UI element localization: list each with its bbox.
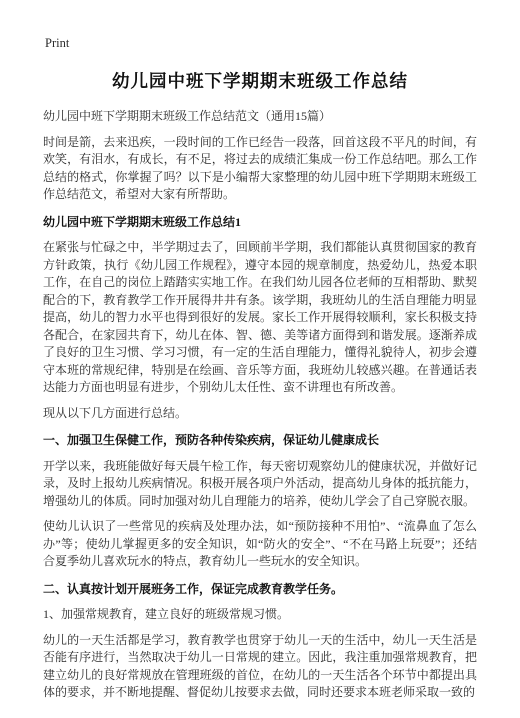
section-heading: 幼儿园中班下学期期末班级工作总结1 [43, 214, 477, 232]
paragraph: 幼儿的一天生活都是学习，教育教学也贯穿于幼儿一天的生活中，幼儿一天生活是否能有序… [43, 632, 477, 702]
paragraph: 使幼儿认识了一些常见的疾病及处理办法，如“预防接种不用怕”、“流鼻血了怎么办”等… [43, 518, 477, 571]
paragraph: 在紧张与忙碌之中，半学期过去了，回顾前半学期，我们都能认真贯彻国家的教育方针政策… [43, 239, 477, 397]
paragraph: 1、加强常规教育，建立良好的班级常规习惯。 [43, 606, 477, 624]
document-page: Print 幼儿园中班下学期期末班级工作总结 幼儿园中班下学期期末班级工作总结范… [0, 0, 520, 718]
section-heading: 一、加强卫生保健工作，预防各种传染疾病，保证幼儿健康成长 [43, 432, 477, 450]
paragraph: 时间是箭，去来迅疾，一段时间的工作已经告一段落，回首这段不平凡的时间，有欢笑，有… [43, 134, 477, 204]
document-body: 幼儿园中班下学期期末班级工作总结范文（通用15篇）时间是箭，去来迅疾，一段时间的… [43, 108, 477, 702]
section-heading: 二、认真按计划开展班务工作，保证完成教育教学任务。 [43, 581, 477, 599]
print-button[interactable]: Print [45, 36, 69, 50]
paragraph: 幼儿园中班下学期期末班级工作总结范文（通用15篇） [43, 108, 477, 126]
paragraph: 现从以下几方面进行总结。 [43, 405, 477, 423]
page-title: 幼儿园中班下学期期末班级工作总结 [43, 70, 477, 92]
paragraph: 开学以来，我班能做好每天晨午检工作，每天密切观察幼儿的健康状况，并做好记录，及时… [43, 458, 477, 511]
